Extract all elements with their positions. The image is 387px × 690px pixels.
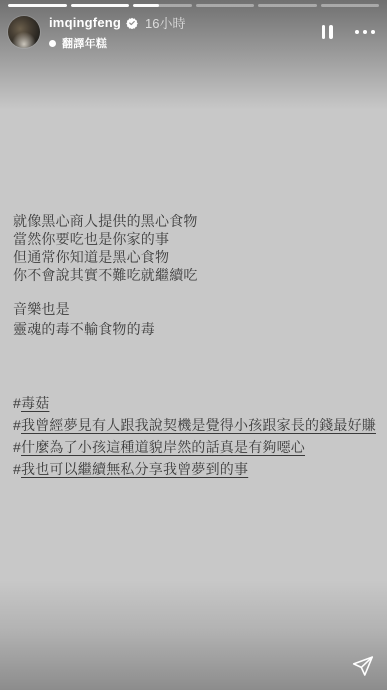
progress-segment — [71, 4, 130, 7]
story-paragraph-1: 就像黑心商人提供的黑心食物 當然你要吃也是你家的事 但通常你知道是黑心食物 你不… — [13, 212, 377, 284]
text-line: 當然你要吃也是你家的事 — [13, 230, 377, 248]
hashtag-text: 我曾經夢見有人跟我說契機是覺得小孩跟家長的錢最好賺 — [21, 417, 376, 433]
bottom-gradient-scrim — [0, 580, 387, 690]
story-timestamp: 16小時 — [145, 13, 185, 32]
translate-label: 翻譯年糕 — [62, 35, 107, 51]
story-paragraph-2: 音樂也是 靈魂的毒不輸食物的毒 — [13, 299, 377, 339]
share-button[interactable] — [350, 653, 376, 679]
ellipsis-icon — [363, 30, 368, 35]
translate-button[interactable]: 翻譯年糕 — [49, 35, 186, 51]
hash-prefix: # — [13, 439, 21, 455]
story-progress-bar — [8, 4, 379, 7]
hash-prefix: # — [13, 395, 21, 411]
pause-icon — [322, 25, 326, 39]
ellipsis-icon — [371, 30, 376, 35]
avatar[interactable] — [8, 16, 40, 48]
story-header: imqingfeng 16小時 翻譯年糕 — [8, 13, 375, 51]
text-line: 你不會說其實不難吃就繼續吃 — [13, 266, 377, 284]
hashtag-block: #毒菇 #我曾經夢見有人跟我說契機是覺得小孩跟家長的錢最好賺 #什麼為了小孩這種… — [13, 392, 377, 480]
hashtag-link[interactable]: #毒菇 — [13, 392, 377, 414]
hashtag-link[interactable]: #我曾經夢見有人跟我說契機是覺得小孩跟家長的錢最好賺 — [13, 414, 377, 436]
hash-prefix: # — [13, 417, 21, 433]
progress-segment — [258, 4, 317, 7]
progress-segment — [196, 4, 255, 7]
text-line: 但通常你知道是黑心食物 — [13, 248, 377, 266]
pause-button[interactable] — [320, 23, 335, 41]
hashtag-link[interactable]: #什麼為了小孩這種道貌岸然的話真是有夠噁心 — [13, 436, 377, 458]
progress-segment — [321, 4, 380, 7]
more-options-button[interactable] — [355, 26, 376, 39]
username[interactable]: imqingfeng — [49, 15, 121, 30]
text-line: 音樂也是 — [13, 299, 377, 319]
pause-icon — [329, 25, 333, 39]
dot-icon — [49, 40, 56, 47]
hashtag-text: 什麼為了小孩這種道貌岸然的話真是有夠噁心 — [21, 439, 305, 455]
user-block: imqingfeng 16小時 翻譯年糕 — [49, 13, 186, 51]
verified-badge-icon — [126, 17, 138, 29]
hashtag-text: 我也可以繼續無私分享我曾夢到的事 — [21, 461, 248, 477]
progress-segment — [133, 4, 192, 7]
paper-plane-icon — [351, 654, 375, 678]
hashtag-text: 毒菇 — [21, 395, 49, 411]
hash-prefix: # — [13, 461, 21, 477]
text-line: 就像黑心商人提供的黑心食物 — [13, 212, 377, 230]
instagram-story-view: imqingfeng 16小時 翻譯年糕 就像黑心商人提供的黑心食 — [0, 0, 387, 690]
progress-segment — [8, 4, 67, 7]
text-line: 靈魂的毒不輸食物的毒 — [13, 319, 377, 339]
ellipsis-icon — [355, 30, 360, 35]
hashtag-link[interactable]: #我也可以繼續無私分享我曾夢到的事 — [13, 458, 377, 480]
